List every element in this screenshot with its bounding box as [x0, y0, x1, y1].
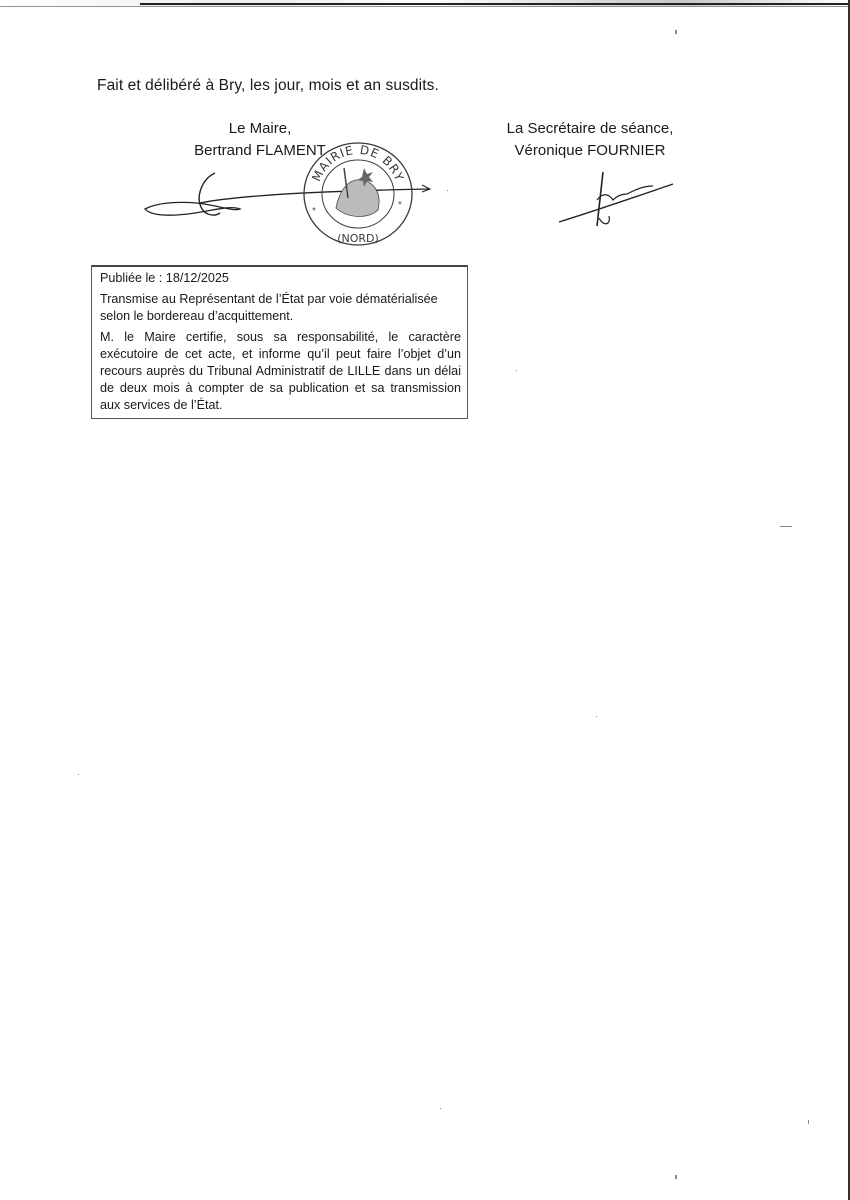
scan-speck [675, 1175, 677, 1179]
scan-speck [596, 716, 597, 717]
scan-speck [675, 30, 677, 34]
secretary-signature-icon [555, 170, 680, 230]
scan-speck [78, 774, 79, 775]
secretary-signature-block: La Secrétaire de séance, Véronique FOURN… [470, 118, 710, 162]
secretary-name: Véronique FOURNIER [470, 140, 710, 162]
publication-notice-box: Publiée le : 18/12/2025 Transmise au Rep… [91, 265, 468, 419]
scan-speck [516, 370, 517, 371]
scan-speck [780, 526, 792, 527]
scan-speck [440, 1108, 441, 1109]
scan-edge-top-line [140, 3, 850, 5]
published-date: Publiée le : 18/12/2025 [100, 270, 461, 287]
scan-speck [447, 190, 448, 191]
svg-text:*: * [398, 200, 402, 211]
svg-text:*: * [312, 206, 316, 217]
municipal-seal-icon: MAIRIE DE BRY (NORD) * * [300, 138, 416, 248]
svg-text:MAIRIE DE BRY: MAIRIE DE BRY [309, 143, 406, 184]
transmission-statement: Transmise au Représentant de l’État par … [100, 291, 461, 325]
certification-statement: M. le Maire certifie, sous sa responsabi… [100, 329, 461, 414]
mayor-title: Le Maire, [170, 118, 350, 140]
secretary-title: La Secrétaire de séance, [470, 118, 710, 140]
scan-speck [808, 1120, 809, 1124]
closing-statement: Fait et délibéré à Bry, les jour, mois e… [97, 77, 439, 95]
seal-bottom-text: (NORD) [337, 232, 379, 245]
seal-top-text: MAIRIE DE BRY [309, 143, 406, 184]
